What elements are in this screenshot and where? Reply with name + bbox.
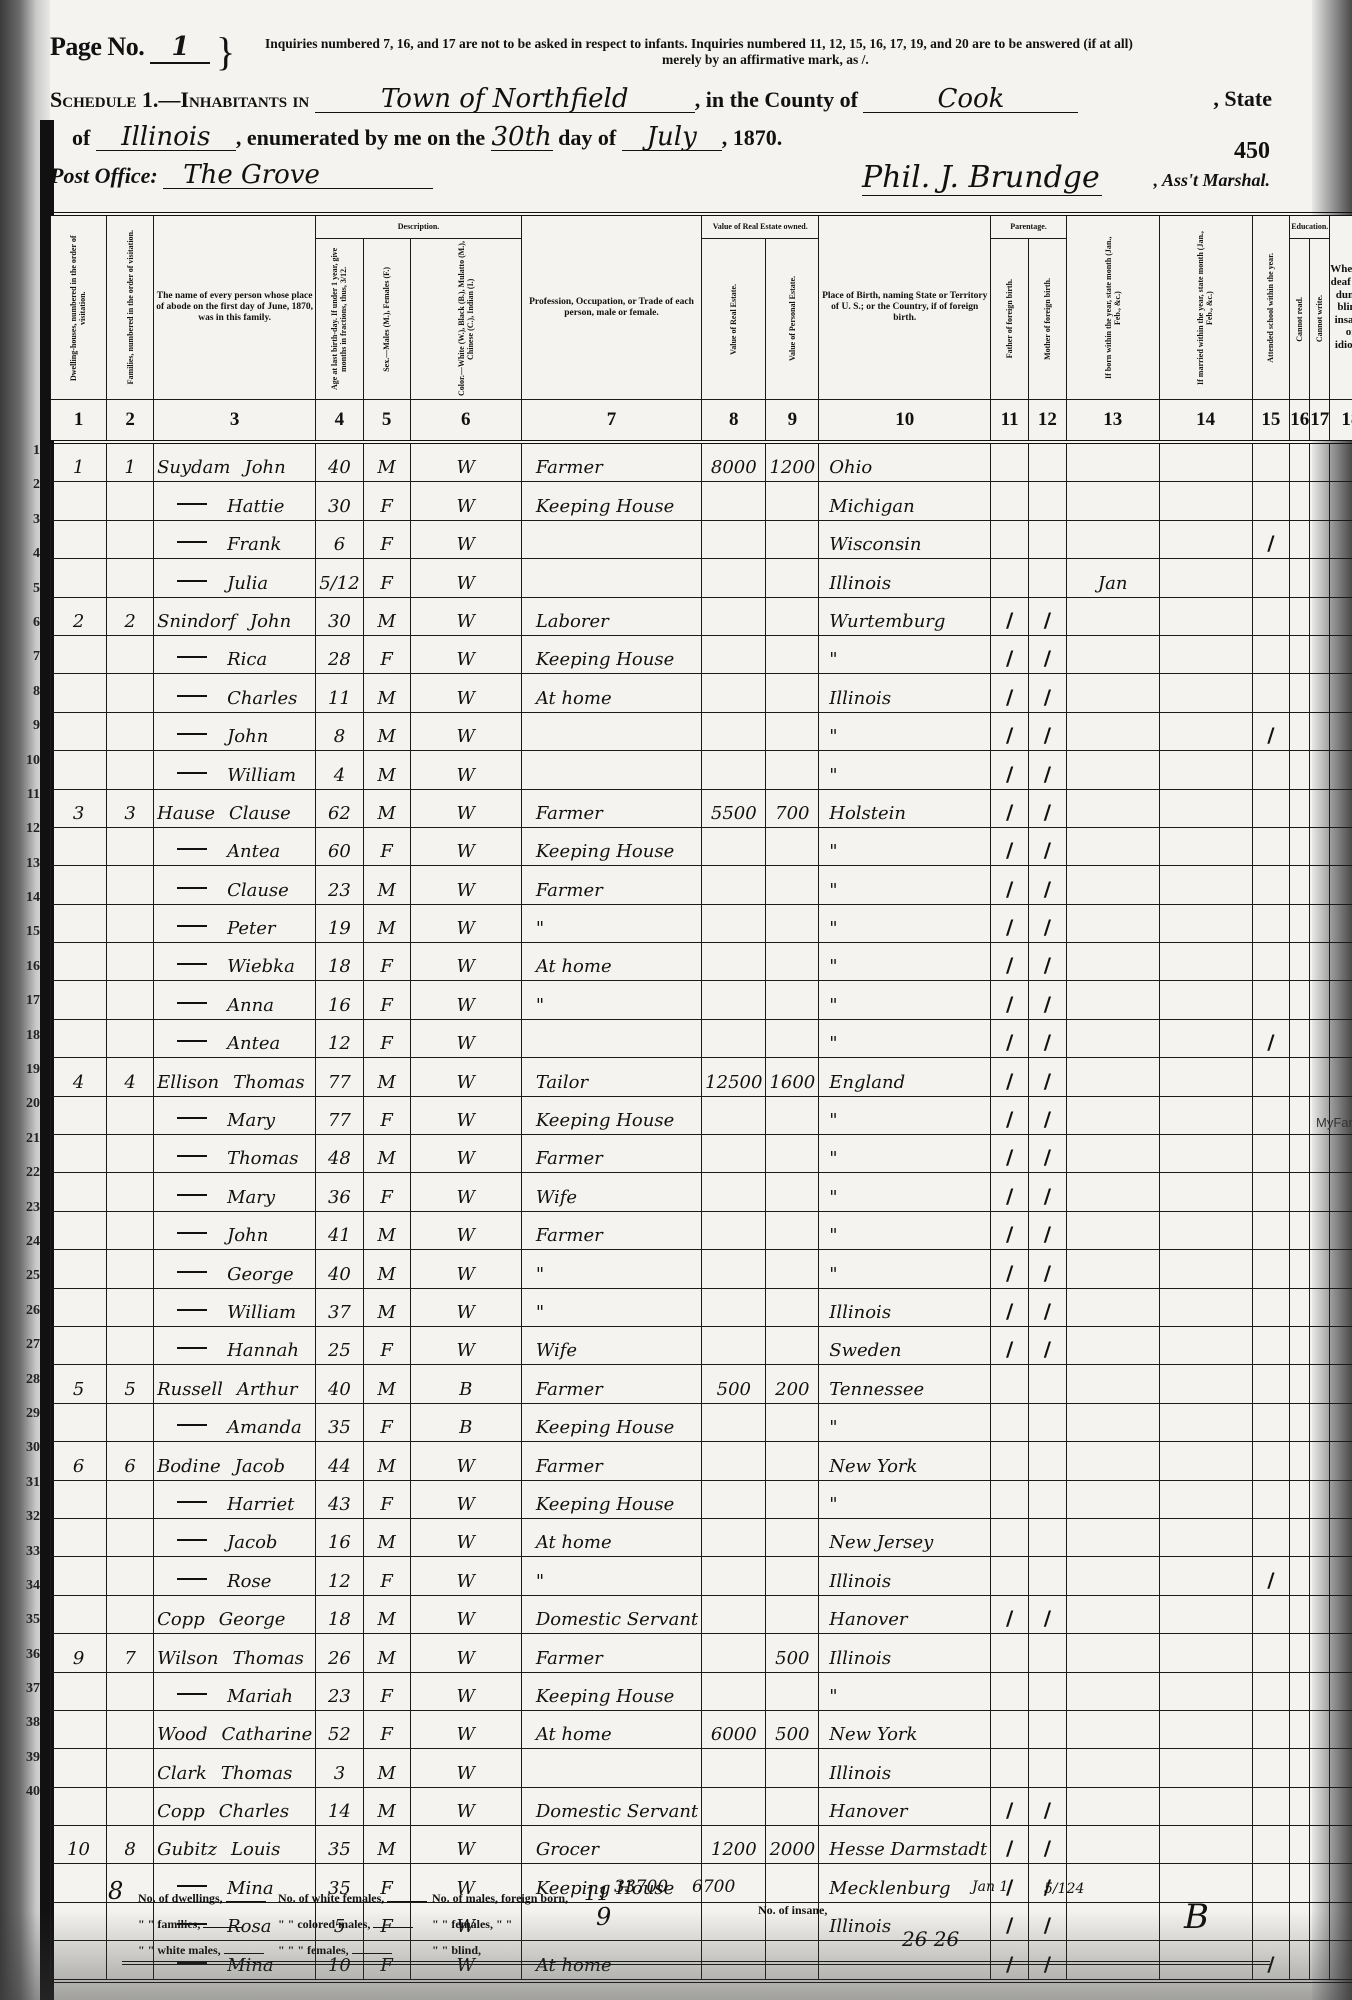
left-margin-line-numbers: 1234567891011121314151617181920212223242… (10, 443, 40, 1819)
father-foreign-mark: / (991, 1211, 1029, 1249)
margin-line-number: 40 (10, 1784, 40, 1818)
disability (1330, 904, 1352, 942)
occupation: Farmer (521, 866, 701, 904)
disability (1330, 1403, 1352, 1441)
birthplace: New York (819, 1442, 991, 1480)
table-row: Anna16FW""//15 (51, 981, 1352, 1019)
father-foreign-mark: / (991, 866, 1029, 904)
born-month (1066, 1710, 1159, 1748)
birthplace: Illinois (819, 1634, 991, 1672)
margin-line-number: 38 (10, 1715, 40, 1749)
cannot-write-mark (1310, 904, 1330, 942)
real-estate-value (702, 1480, 766, 1518)
table-row: William37MW"Illinois///23 (51, 1288, 1352, 1326)
school-mark: / (1252, 1557, 1290, 1595)
table-row: Frank6FWWisconsin/3 (51, 520, 1352, 558)
born-month (1066, 1019, 1159, 1057)
family-number (107, 1595, 154, 1633)
color: W (410, 904, 521, 942)
birthplace: New Jersey (819, 1518, 991, 1556)
sex: M (363, 1595, 410, 1633)
color: W (410, 1442, 521, 1480)
family-number (107, 1019, 154, 1057)
color: W (410, 1250, 521, 1288)
birthplace: Hesse Darmstadt (819, 1826, 991, 1864)
family-number (107, 635, 154, 673)
foreign-males-count: 11 (584, 1881, 609, 1905)
color: W (410, 674, 521, 712)
col-age-header: Age at last birth-day. If under 1 year, … (316, 239, 363, 400)
year: , 1870. (722, 125, 783, 150)
census-rows: 11SuydamJohn40MWFarmer80001200Ohio/1Hatt… (51, 442, 1352, 1981)
personal-estate-value: 1200 (766, 442, 819, 482)
table-row: Julia5/12FWIllinoisJan≢4 (51, 559, 1352, 597)
father-foreign-mark: / (991, 597, 1029, 635)
disability (1330, 597, 1352, 635)
personal-estate-value (766, 1019, 819, 1057)
margin-line-number: 34 (10, 1578, 40, 1612)
father-foreign-mark (991, 1749, 1029, 1787)
ditto-dash (177, 503, 207, 505)
age: 30 (316, 597, 363, 635)
cannot-read-mark (1290, 1403, 1310, 1441)
occupation: Wife (521, 1173, 701, 1211)
school-mark (1252, 442, 1290, 482)
occupation: At home (521, 943, 701, 981)
person-name: Frank (154, 520, 316, 558)
age: 36 (316, 1173, 363, 1211)
cannot-read-mark (1290, 635, 1310, 673)
father-foreign-mark (991, 1518, 1029, 1556)
occupation: Laborer (521, 597, 701, 635)
real-estate-value: 12500 (702, 1058, 766, 1096)
school-mark (1252, 751, 1290, 789)
father-foreign-mark: / (991, 904, 1029, 942)
family-number: 3 (107, 789, 154, 827)
day-field: 30th (491, 124, 553, 151)
age: 41 (316, 1211, 363, 1249)
mother-foreign-mark (1029, 1403, 1067, 1441)
age: 77 (316, 1058, 363, 1096)
born-month (1066, 482, 1159, 520)
dwelling-number (51, 712, 107, 750)
dwelling-number (51, 1595, 107, 1633)
mother-foreign-mark (1029, 482, 1067, 520)
birthplace: Illinois (819, 559, 991, 597)
margin-line-number: 35 (10, 1612, 40, 1646)
cannot-read-mark (1290, 904, 1310, 942)
dwelling-number (51, 1749, 107, 1787)
father-foreign-mark (991, 482, 1029, 520)
cannot-read-mark (1290, 520, 1310, 558)
personal-estate-value (766, 1672, 819, 1710)
ditto-dash (177, 1271, 207, 1273)
col-mother-foreign-header: Mother of foreign birth. (1029, 239, 1067, 400)
age: 43 (316, 1480, 363, 1518)
col-sex-header: Sex.—Males (M.), Females (F.) (363, 239, 410, 400)
disability (1330, 1288, 1352, 1326)
personal-estate-value (766, 1557, 819, 1595)
person-name: SuydamJohn (154, 442, 316, 482)
cannot-write-mark (1310, 1403, 1330, 1441)
cannot-write-mark (1310, 1749, 1330, 1787)
school-mark (1252, 1787, 1290, 1825)
family-number (107, 1211, 154, 1249)
ditto-dash (177, 1232, 207, 1234)
sex: M (363, 1518, 410, 1556)
person-name: Wiebka (154, 943, 316, 981)
dwelling-number (51, 1864, 107, 1902)
person-name: Mary (154, 1096, 316, 1134)
color: W (410, 943, 521, 981)
person-name: Mariah (154, 1672, 316, 1710)
born-month (1066, 866, 1159, 904)
col-school-header: Attended school within the year. (1252, 214, 1290, 400)
age: 77 (316, 1096, 363, 1134)
married-month (1159, 674, 1252, 712)
occupation: At home (521, 1710, 701, 1748)
person-name: ClarkThomas (154, 1749, 316, 1787)
personal-estate-value: 200 (766, 1365, 819, 1403)
table-row: John8MW"///8 (51, 712, 1352, 750)
school-mark: / (1252, 1019, 1290, 1057)
cannot-write-mark (1310, 1211, 1330, 1249)
school-total: 5/124 (1044, 1881, 1084, 1897)
born-month (1066, 1211, 1159, 1249)
school-mark (1252, 597, 1290, 635)
col-personal-estate-header: Value of Personal Estate. (766, 239, 819, 400)
married-month (1159, 520, 1252, 558)
born-month (1066, 981, 1159, 1019)
cannot-write-mark (1310, 1518, 1330, 1556)
disability (1330, 789, 1352, 827)
color: W (410, 981, 521, 1019)
col-cannot-read-header: Cannot read. (1290, 239, 1310, 400)
mother-foreign-mark (1029, 1749, 1067, 1787)
mother-foreign-mark: / (1029, 1135, 1067, 1173)
cannot-read-mark (1290, 1749, 1310, 1787)
cannot-read-mark (1290, 751, 1310, 789)
cannot-read-mark (1290, 827, 1310, 865)
personal-estate-value: 2000 (766, 1826, 819, 1864)
person-name: Hattie (154, 482, 316, 520)
father-foreign-mark (991, 1403, 1029, 1441)
dwelling-number (51, 1173, 107, 1211)
personal-estate-value (766, 1480, 819, 1518)
born-month (1066, 1480, 1159, 1518)
real-estate-value (702, 712, 766, 750)
married-month (1159, 1058, 1252, 1096)
age: 35 (316, 1826, 363, 1864)
family-number (107, 943, 154, 981)
family-number (107, 1480, 154, 1518)
born-month (1066, 904, 1159, 942)
sex: M (363, 674, 410, 712)
color: W (410, 1058, 521, 1096)
place-field: Town of Northfield (315, 86, 695, 113)
mother-foreign-mark: / (1029, 635, 1067, 673)
born-month (1066, 597, 1159, 635)
occupation (521, 559, 701, 597)
person-name: Jacob (154, 1518, 316, 1556)
color: W (410, 1211, 521, 1249)
person-name: BodineJacob (154, 1442, 316, 1480)
person-name: CoppCharles (154, 1787, 316, 1825)
white-females-count-label: No. of white females, (278, 1891, 427, 1906)
value-group-header: Value of Real Estate owned. (702, 214, 819, 239)
married-month (1159, 1173, 1252, 1211)
married-month (1159, 751, 1252, 789)
family-number (107, 1326, 154, 1364)
dwelling-number (51, 1672, 107, 1710)
family-number (107, 1710, 154, 1748)
mother-foreign-mark (1029, 1710, 1067, 1748)
margin-line-number: 28 (10, 1372, 40, 1406)
family-number (107, 1250, 154, 1288)
occupation: Domestic Servant (521, 1595, 701, 1633)
dwelling-number (51, 520, 107, 558)
disability (1330, 1518, 1352, 1556)
birthplace: Wisconsin (819, 520, 991, 558)
age: 40 (316, 1365, 363, 1403)
cannot-read-mark (1290, 1518, 1310, 1556)
dwelling-number (51, 1135, 107, 1173)
serial-number: 450 (1234, 138, 1270, 165)
disability (1330, 482, 1352, 520)
census-table: Dwelling-houses, numbered in the order o… (50, 212, 1352, 1983)
cannot-read-mark (1290, 1326, 1310, 1364)
color: W (410, 1557, 521, 1595)
cannot-read-mark (1290, 943, 1310, 981)
father-foreign-mark: / (991, 1135, 1029, 1173)
cannot-read-mark (1290, 1557, 1310, 1595)
birthplace: Sweden (819, 1326, 991, 1364)
father-foreign-mark (991, 1672, 1029, 1710)
ditto-dash (177, 1002, 207, 1004)
born-month (1066, 635, 1159, 673)
col-born-month-header: If born within the year, state month (Ja… (1066, 214, 1159, 400)
dwelling-number (51, 1480, 107, 1518)
enumeration-line: of Illinois, enumerated by me on the 30t… (50, 124, 1272, 151)
person-name: EllisonThomas (154, 1058, 316, 1096)
age: 6 (316, 520, 363, 558)
col-occupation-header: Profession, Occupation, or Trade of each… (521, 214, 701, 400)
age: 23 (316, 866, 363, 904)
table-row: Harriet43FWKeeping House"28 (51, 1480, 1352, 1518)
father-foreign-mark (991, 1557, 1029, 1595)
margin-line-number: 6 (10, 615, 40, 649)
born-month (1066, 827, 1159, 865)
cannot-write-mark (1310, 1250, 1330, 1288)
married-month (1159, 1518, 1252, 1556)
birthplace: " (819, 1019, 991, 1057)
mother-foreign-mark: / (1029, 1250, 1067, 1288)
school-mark (1252, 1173, 1290, 1211)
occupation: Keeping House (521, 1403, 701, 1441)
ditto-dash (177, 695, 207, 697)
dwelling-number (51, 1211, 107, 1249)
scan-bottom-shadow (0, 1910, 1352, 2000)
margin-line-number: 39 (10, 1750, 40, 1784)
age: 30 (316, 482, 363, 520)
table-row: William4MW"//9 (51, 751, 1352, 789)
born-month (1066, 751, 1159, 789)
color: B (410, 1365, 521, 1403)
cannot-read-mark (1290, 1173, 1310, 1211)
margin-line-number: 7 (10, 649, 40, 683)
marshal-signature: Phil. J. Brundge (862, 160, 1102, 196)
col-dwelling-header: Dwelling-houses, numbered in the order o… (51, 214, 107, 400)
occupation: " (521, 981, 701, 1019)
age: 28 (316, 635, 363, 673)
family-number (107, 482, 154, 520)
age: 3 (316, 1749, 363, 1787)
sex: M (363, 712, 410, 750)
color: W (410, 789, 521, 827)
margin-line-number: 31 (10, 1475, 40, 1509)
father-foreign-mark: / (991, 712, 1029, 750)
father-foreign-mark: / (991, 1250, 1029, 1288)
disability (1330, 442, 1352, 482)
cannot-write-mark (1310, 559, 1330, 597)
table-row: 97WilsonThomas26MWFarmer500Illinois/32 (51, 1634, 1352, 1672)
color: W (410, 1826, 521, 1864)
real-estate-value (702, 674, 766, 712)
person-name: Antea (154, 1019, 316, 1057)
dwelling-number (51, 943, 107, 981)
age: 18 (316, 1595, 363, 1633)
table-row: George40MW""///22 (51, 1250, 1352, 1288)
age: 40 (316, 1250, 363, 1288)
mother-foreign-mark: / (1029, 1326, 1067, 1364)
margin-line-number: 11 (10, 787, 40, 821)
inhabitants-line: Schedule 1.—Inhabitants in Town of North… (50, 86, 1272, 113)
cannot-write-mark (1310, 1288, 1330, 1326)
personal-estate-value (766, 1326, 819, 1364)
personal-estate-value (766, 1211, 819, 1249)
occupation: Farmer (521, 442, 701, 482)
mother-foreign-mark: / (1029, 751, 1067, 789)
sex: M (363, 1135, 410, 1173)
personal-estate-value (766, 1787, 819, 1825)
real-estate-value: 500 (702, 1365, 766, 1403)
margin-line-number: 24 (10, 1234, 40, 1268)
sex: F (363, 1480, 410, 1518)
color: W (410, 1480, 521, 1518)
married-month (1159, 635, 1252, 673)
personal-estate-value (766, 751, 819, 789)
ditto-dash (177, 1539, 207, 1541)
family-number (107, 981, 154, 1019)
table-row: 22SnindorfJohn30MWLaborerWurtemburg///5 (51, 597, 1352, 635)
margin-line-number: 23 (10, 1200, 40, 1234)
real-estate-value (702, 943, 766, 981)
married-month (1159, 1557, 1252, 1595)
real-estate-value (702, 1518, 766, 1556)
school-mark (1252, 482, 1290, 520)
disability (1330, 1365, 1352, 1403)
person-name: William (154, 751, 316, 789)
born-month (1066, 1365, 1159, 1403)
age: 62 (316, 789, 363, 827)
col-name-header: The name of every person whose place of … (154, 214, 316, 400)
disability (1330, 1595, 1352, 1633)
father-foreign-mark: / (991, 1173, 1029, 1211)
margin-line-number: 18 (10, 1028, 40, 1062)
married-month (1159, 1326, 1252, 1364)
person-name: Peter (154, 904, 316, 942)
real-estate-value (702, 981, 766, 1019)
person-name: Charles (154, 674, 316, 712)
real-estate-value (702, 1211, 766, 1249)
col-real-estate-header: Value of Real Estate. (702, 239, 766, 400)
table-row: 33HauseClause62MWFarmer5500700Holstein//… (51, 789, 1352, 827)
occupation: Keeping House (521, 827, 701, 865)
real-estate-value (702, 751, 766, 789)
col-birthplace-header: Place of Birth, naming State or Territor… (819, 214, 991, 400)
table-row: WoodCatharine52FWAt home6000500New York3… (51, 1710, 1352, 1748)
school-mark (1252, 1672, 1290, 1710)
age: 25 (316, 1326, 363, 1364)
sex: M (363, 1749, 410, 1787)
col-cannot-write-header: Cannot write. (1310, 239, 1330, 400)
occupation: Wife (521, 1326, 701, 1364)
school-mark (1252, 1826, 1290, 1864)
disability (1330, 751, 1352, 789)
mother-foreign-mark: / (1029, 674, 1067, 712)
table-row: 108GubitzLouis35MWGrocer12002000Hesse Da… (51, 1826, 1352, 1864)
occupation: At home (521, 1518, 701, 1556)
personal-estate-value (766, 904, 819, 942)
age: 4 (316, 751, 363, 789)
table-row: Hannah25FWWifeSweden//24 (51, 1326, 1352, 1364)
occupation: Farmer (521, 1634, 701, 1672)
real-estate-value (702, 1096, 766, 1134)
occupation (521, 751, 701, 789)
born-month (1066, 712, 1159, 750)
cannot-write-mark (1310, 1787, 1330, 1825)
father-foreign-mark (991, 442, 1029, 482)
cannot-read-mark (1290, 1787, 1310, 1825)
personal-estate-value (766, 635, 819, 673)
age: 44 (316, 1442, 363, 1480)
sex: F (363, 981, 410, 1019)
birthplace: " (819, 1672, 991, 1710)
color: W (410, 1518, 521, 1556)
real-estate-value (702, 635, 766, 673)
school-mark (1252, 943, 1290, 981)
table-row: Mariah23FWKeeping House"33 (51, 1672, 1352, 1710)
personal-estate-value (766, 981, 819, 1019)
table-row: ClarkThomas3MWIllinois35 (51, 1749, 1352, 1787)
born-month (1066, 789, 1159, 827)
dwelling-number (51, 1250, 107, 1288)
mother-foreign-mark: / (1029, 1595, 1067, 1633)
dwelling-number (51, 482, 107, 520)
school-mark (1252, 866, 1290, 904)
margin-line-number: 10 (10, 753, 40, 787)
father-foreign-mark: / (991, 1826, 1029, 1864)
ditto-dash (177, 1578, 207, 1580)
disability (1330, 1019, 1352, 1057)
color: W (410, 827, 521, 865)
description-group-header: Description. (316, 214, 522, 239)
mother-foreign-mark: / (1029, 943, 1067, 981)
age: 48 (316, 1135, 363, 1173)
mother-foreign-mark (1029, 520, 1067, 558)
sex: F (363, 635, 410, 673)
birthplace: Holstein (819, 789, 991, 827)
